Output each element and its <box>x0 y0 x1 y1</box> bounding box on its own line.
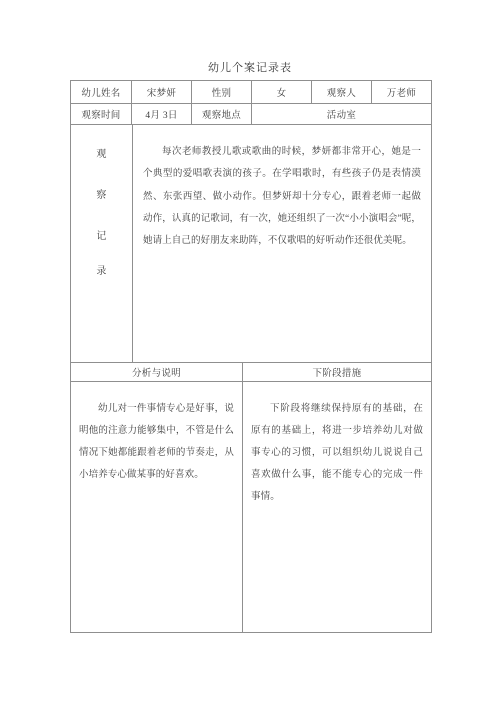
observe-place-value: 活动室 <box>251 104 431 124</box>
observation-label-char: 记 <box>96 231 106 242</box>
observe-time-label: 观察时间 <box>71 104 131 124</box>
observe-time-value: 4月 3日 <box>131 104 191 124</box>
page-title: 幼儿个案记录表 <box>0 59 500 75</box>
child-name-label: 幼儿姓名 <box>71 81 131 103</box>
observation-record-cell: 每次老师教授儿歌或歌曲的时候，梦妍都非常开心，她是一个典型的爱唱歌表演的孩子。在… <box>132 125 431 362</box>
gender-label: 性别 <box>191 81 251 103</box>
observation-label-char: 观 <box>96 149 106 160</box>
next-steps-text: 下阶段将继续保持原有的基础，在原有的基础上，将进一步培养幼儿对做事专心的习惯，可… <box>243 382 431 508</box>
table-row-section-headers: 分析与说明 下阶段措施 <box>71 362 431 381</box>
observation-label-char: 察 <box>96 190 106 201</box>
next-steps-cell: 下阶段将继续保持原有的基础，在原有的基础上，将进一步培养幼儿对做事专心的习惯，可… <box>242 382 431 632</box>
child-name-value: 宋梦妍 <box>131 81 191 103</box>
next-steps-header: 下阶段措施 <box>242 363 431 381</box>
table-row-time-place: 观察时间 4月 3日 观察地点 活动室 <box>71 103 431 124</box>
analysis-cell: 幼儿对一件事情专心是好事，说明他的注意力能够集中，不管是什么情况下她都能跟着老师… <box>71 382 242 632</box>
document-page: 幼儿个案记录表 幼儿姓名 宋梦妍 性别 女 观察人 万老师 观察时间 4月 3日… <box>0 0 500 707</box>
table-row-observation: 观 察 记 录 每次老师教授儿歌或歌曲的时候，梦妍都非常开心，她是一个典型的爱唱… <box>71 124 431 362</box>
table-row-basic-info: 幼儿姓名 宋梦妍 性别 女 观察人 万老师 <box>71 81 431 103</box>
observer-label: 观察人 <box>311 81 371 103</box>
observe-place-label: 观察地点 <box>191 104 251 124</box>
record-table: 幼儿姓名 宋梦妍 性别 女 观察人 万老师 观察时间 4月 3日 观察地点 活动… <box>70 80 432 633</box>
observation-record-label: 观 察 记 录 <box>71 125 132 362</box>
observer-value: 万老师 <box>371 81 431 103</box>
analysis-text: 幼儿对一件事情专心是好事，说明他的注意力能够集中，不管是什么情况下她都能跟着老师… <box>71 382 242 486</box>
observation-label-char: 录 <box>96 266 106 277</box>
analysis-header: 分析与说明 <box>71 363 242 381</box>
table-row-section-content: 幼儿对一件事情专心是好事，说明他的注意力能够集中，不管是什么情况下她都能跟着老师… <box>71 381 431 632</box>
gender-value: 女 <box>251 81 311 103</box>
observation-record-text: 每次老师教授儿歌或歌曲的时候，梦妍都非常开心，她是一个典型的爱唱歌表演的孩子。在… <box>133 125 431 252</box>
